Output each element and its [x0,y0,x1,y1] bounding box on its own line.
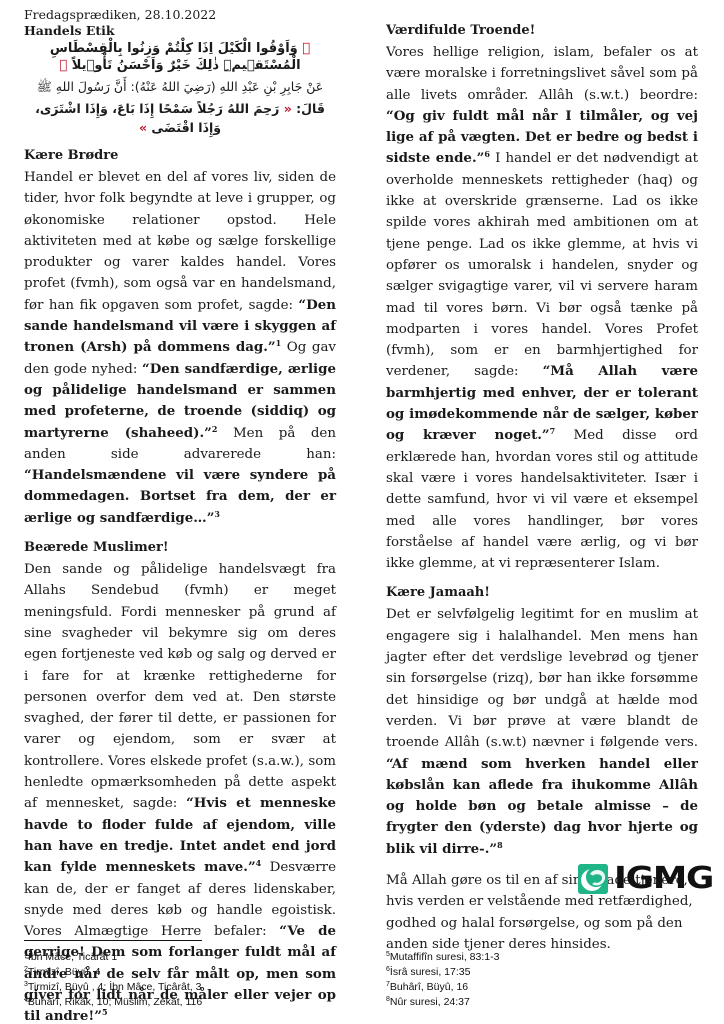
footnote-divider [24,940,202,941]
quote-text: “Handelsmændene vil være syndere på domm… [24,467,336,526]
footnote-item: 8Nûr suresi, 24:37 [386,995,499,1010]
verse-text: وَاَوْفُوا الْكَيْلَ اِذَا كِلْتُمْ وَزِ… [50,41,301,73]
footnote-item: 5Mutaffifîn suresi, 83:1-3 [386,950,499,965]
footnote-text: Buhârî, Büyû, 16 [390,981,468,993]
section-paragraph: Handel er blevet en del af vores liv, si… [24,167,336,529]
footnote-ref[interactable]: 3 [214,509,220,519]
footnote-text: Mutaffifîn suresi, 83:1-3 [390,951,500,963]
footnote-item: 7Buhârî, Büyû, 16 [386,980,499,995]
footnotes-left: 1İbn Mâce, Ticârât 1 2Tirmizî, Büyû, 4 3… [24,950,202,1010]
hadith-quote-close: » [139,120,147,135]
hadith-line-1: عَنْ جَابِرِ بْنِ عَبْدِ اللهِ (رَضِيَ ا… [24,77,336,96]
igmg-logo: IGMG [578,862,703,896]
footnote-item: 3Tirmizî, Büyû , 4; İbn Mâce, Ticârât, 3 [24,980,202,995]
verse-bracket-open: ﴿ [302,41,310,56]
date-line: Fredagsprædiken, 28.10.2022 [24,6,336,23]
footnote-item: 6İsrâ suresi, 17:35 [386,965,499,980]
left-column: Fredagsprædiken, 28.10.2022 Handels Etik… [24,6,336,1024]
section-heading: Beærede Muslimer! [24,539,336,557]
page-title: Handels Etik [24,23,336,39]
sermon-page: Fredagsprædiken, 28.10.2022 Handels Etik… [0,0,724,1024]
body-text: Det er selvfølgelig legitimt for en musl… [386,607,698,750]
body-text: I handel er det nødvendigt at overholde … [386,151,698,379]
body-text: Den sande og pålidelige handelsvægt fra … [24,562,336,811]
footnote-item: 2Tirmizî, Büyû, 4 [24,965,202,980]
footnote-text: Tirmizî, Büyû , 4; İbn Mâce, Ticârât, 3 [28,981,202,993]
hadith-prefix: قَالَ: [296,101,325,116]
footnotes-right: 5Mutaffifîn suresi, 83:1-3 6İsrâ suresi,… [386,950,499,1010]
footnote-text: Buhârî, Rikâk, 10; Müslim, Zekât, 116 [28,996,202,1008]
verse-bracket-close: ﴾ [59,58,67,73]
logo-wordmark: IGMG [614,864,713,894]
section-paragraph: Det er selvfølgelig legitimt for en musl… [386,604,698,860]
crescent-leaf-icon [578,864,608,894]
body-text: Med disse ord erklærede han, hvordan vor… [386,428,698,571]
section-heading: Kære Brødre [24,147,336,165]
quote-text: “Af mænd som hverken handel eller købslå… [386,756,698,857]
hadith-line-2: قَالَ: « رَحِمَ اللهُ رَجُلاً سَمْحًا إِ… [24,99,336,137]
footnote-ref[interactable]: 8 [497,840,503,850]
footnote-text: Nûr suresi, 24:37 [390,996,470,1008]
footnote-item: 1İbn Mâce, Ticârât 1 [24,950,202,965]
footnote-text: İsrâ suresi, 17:35 [390,966,471,978]
hadith-quote-open: « [284,101,292,116]
hadith-text: رَحِمَ اللهُ رَجُلاً سَمْحًا إِذَا بَاعَ… [35,101,279,135]
section-heading: Kære Jamaah! [386,584,698,602]
footnote-text: Tirmizî, Büyû, 4 [28,966,101,978]
body-text: Vores hellige religion, islam, befaler o… [386,45,698,103]
body-text: Handel er blevet en del af vores liv, si… [24,170,336,313]
section-paragraph: Vores hellige religion, islam, befaler o… [386,42,698,574]
section-heading: Værdifulde Troende! [386,22,698,40]
footnote-item: 4Buhârî, Rikâk, 10; Müslim, Zekât, 116 [24,995,202,1010]
right-column: Værdifulde Troende! Vores hellige religi… [386,22,698,955]
arabic-verse: ﴿ وَاَوْفُوا الْكَيْلَ اِذَا كِلْتُمْ وَ… [24,40,336,74]
footnote-text: İbn Mâce, Ticârât 1 [28,951,117,963]
